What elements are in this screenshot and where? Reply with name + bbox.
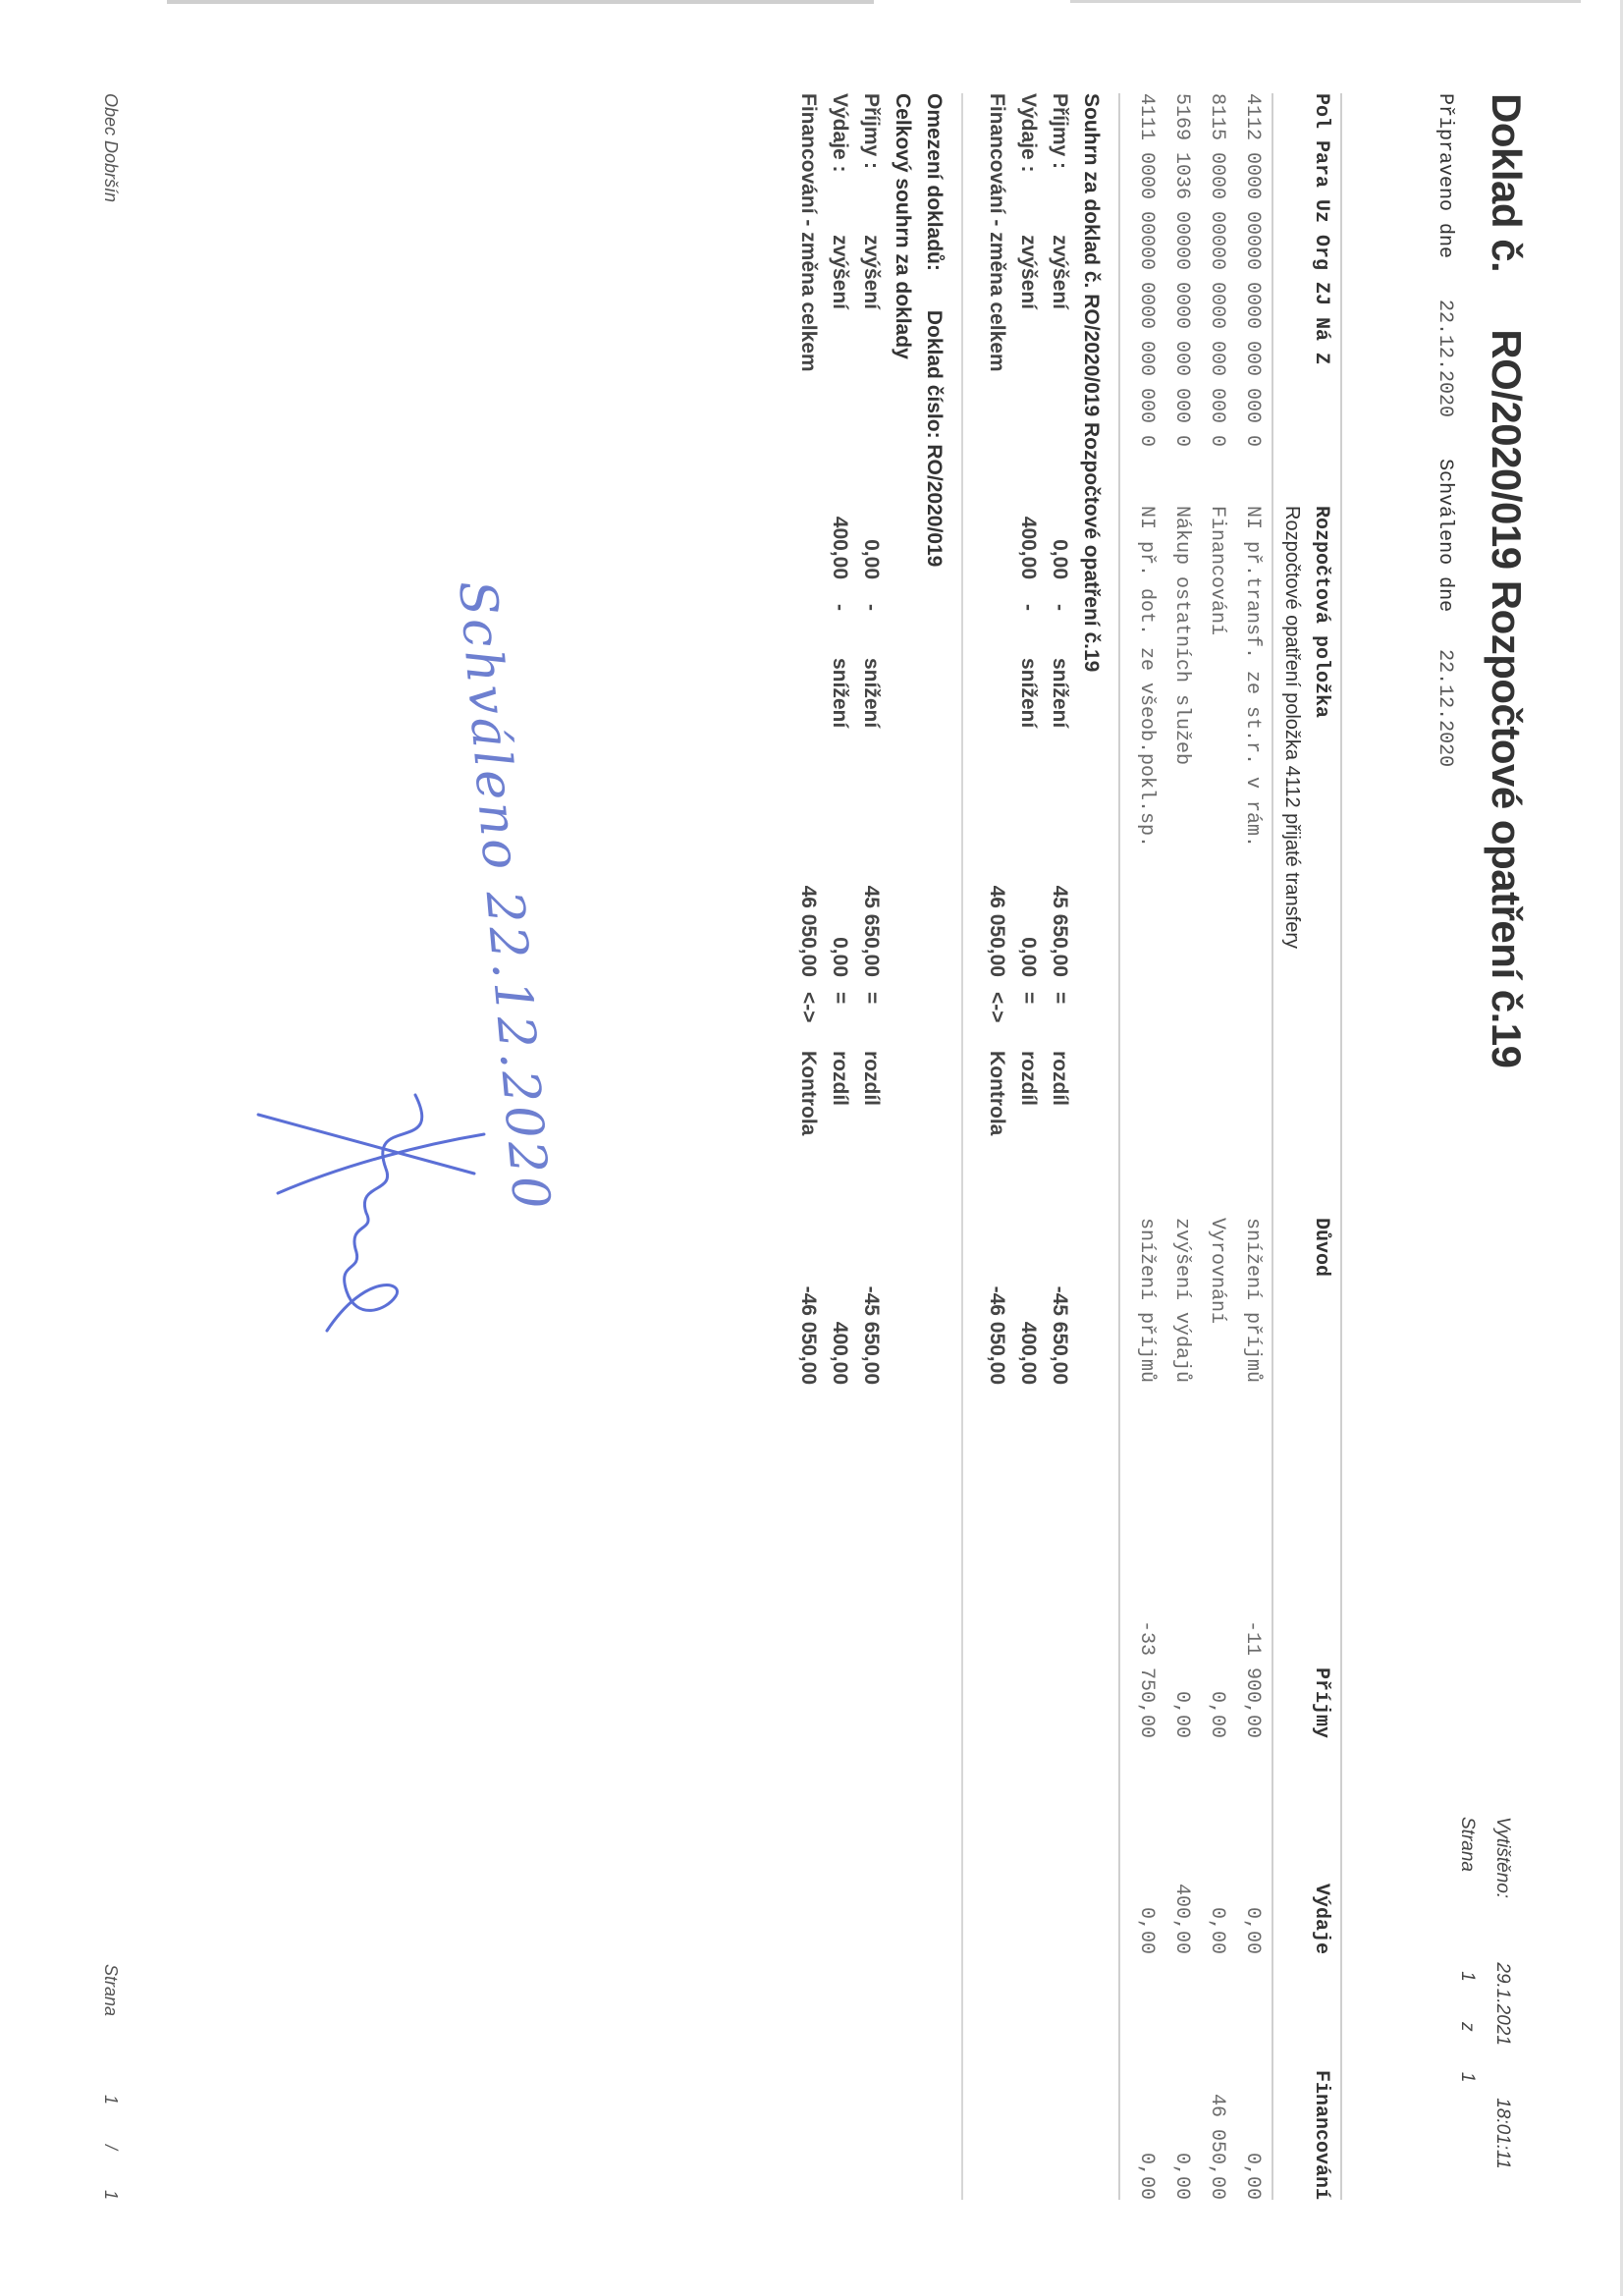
- page-label: Strana: [1457, 1817, 1478, 1872]
- summary-dec-label: snížení: [828, 658, 851, 728]
- summary-dec-label: snížení: [1048, 658, 1071, 728]
- printed-date: 29.1.2021: [1491, 1962, 1513, 2046]
- summary-inc-label: zvýšení: [1048, 191, 1071, 309]
- table-cell-item: NI př.transf. ze st.r. v rám.: [1241, 506, 1264, 847]
- approved-date: 22.12.2020: [1434, 649, 1456, 767]
- summary-label: Výdaje :: [1016, 93, 1040, 173]
- summary-label: Výdaje :: [828, 93, 851, 173]
- table-cell-reason: snížení příjmů: [1135, 1218, 1158, 1383]
- printed-label: Vytištěno:: [1491, 1817, 1513, 1898]
- header-item: Rozpočtová položka: [1310, 506, 1332, 718]
- document-title: Doklad č.RO/2020/019 Rozpočtové opatření…: [1483, 93, 1530, 1068]
- document-dates: Připraveno dne22.12.2020Schváleno dne22.…: [1434, 93, 1456, 767]
- filter-value: Doklad číslo: RO/2020/019: [923, 310, 946, 567]
- summary-label: Příjmy :: [1048, 93, 1071, 169]
- filter-line: Omezení dokladů:Doklad číslo: RO/2020/01…: [922, 93, 946, 567]
- table-cell-codes: 5169 1036 00000 0000 000 000 0: [1170, 93, 1193, 447]
- summary-op: <->: [796, 992, 820, 1041]
- summary-label: Financování - změna celkem: [796, 93, 820, 372]
- summary-inc-value: 400,00: [828, 432, 851, 579]
- summary-result-label: Kontrola: [796, 1051, 820, 1135]
- summary-result: -45 650,00: [859, 1237, 883, 1385]
- printed-info: Vytištěno: 29.1.2021 18:01:11: [1491, 1817, 1513, 2169]
- summary-inc-label: zvýšení: [1016, 191, 1040, 309]
- summary-op: =: [1016, 992, 1040, 1041]
- summary-dec-value: 46 050,00: [985, 815, 1008, 977]
- table-cell-financing: 0,00: [1241, 2033, 1264, 2200]
- summary-dec-label: snížení: [1016, 658, 1040, 728]
- summary-op: =: [828, 992, 851, 1041]
- table-cell-expense: 0,00: [1135, 1836, 1158, 1954]
- table-cell-codes: 8115 0000 00000 0000 000 000 0: [1206, 93, 1228, 447]
- footer-page-label: Strana: [101, 1964, 121, 2016]
- summary-dash: -: [1048, 604, 1071, 624]
- table-cell-reason: Vyrovnání: [1206, 1218, 1228, 1324]
- prepared-date: 22.12.2020: [1434, 300, 1456, 417]
- summary-doc-title: Souhrn za doklad č. RO/2020/019 Rozpočto…: [1079, 93, 1103, 672]
- summary-inc-label: zvýšení: [859, 191, 883, 309]
- table-cell-codes: 4111 0000 00000 0000 000 000 0: [1135, 93, 1158, 447]
- summary-label: Financování - změna celkem: [985, 93, 1008, 372]
- page-info: Strana 1 z 1: [1456, 1817, 1478, 2100]
- summary-op: =: [859, 992, 883, 1041]
- summary-inc-value: 0,00: [1048, 432, 1071, 579]
- table-cell-financing: 46 050,00: [1206, 2033, 1228, 2200]
- summary-result: 400,00: [828, 1237, 851, 1385]
- table-cell-expense: 0,00: [1206, 1836, 1228, 1954]
- summary-dash: -: [828, 604, 851, 624]
- table-cell-income: -33 750,00: [1135, 1571, 1158, 1738]
- summary-label: Příjmy :: [859, 93, 883, 169]
- table-cell-expense: 400,00: [1170, 1836, 1193, 1954]
- summary-dec-value: 0,00: [1016, 815, 1040, 977]
- table-cell-income: -11 900,00: [1241, 1571, 1264, 1738]
- document-page: Doklad č.RO/2020/019 Rozpočtové opatření…: [0, 0, 1623, 2296]
- summary-result: -46 050,00: [985, 1237, 1008, 1385]
- table-cell-income: 0,00: [1170, 1571, 1193, 1738]
- summary-inc-value: 0,00: [859, 432, 883, 579]
- summary-result-label: rozdíl: [1016, 1051, 1040, 1106]
- summary-dec-value: 45 650,00: [1048, 815, 1071, 977]
- table-bottom-rule: [1118, 93, 1120, 2200]
- table-cell-financing: 0,00: [1135, 2033, 1158, 2200]
- summary-inc-label: zvýšení: [828, 191, 851, 309]
- table-top-rule: [1340, 93, 1342, 2200]
- footer-page: Strana1 / 1: [100, 1964, 121, 2217]
- printed-time: 18:01:11: [1491, 2098, 1513, 2169]
- table-cell-codes: 4112 0000 00000 0000 000 000 0: [1241, 93, 1264, 447]
- table-header-rule: [1271, 93, 1273, 2200]
- table-cell-reason: snížení příjmů: [1241, 1218, 1264, 1383]
- summary-result: -45 650,00: [1048, 1237, 1071, 1385]
- title-prefix: Doklad č.: [1484, 93, 1530, 272]
- summary-result-label: Kontrola: [985, 1051, 1008, 1135]
- summary-result-label: rozdíl: [859, 1051, 883, 1106]
- table-cell-item: NI př. dot. ze všeob.pokl.sp.: [1135, 506, 1158, 847]
- summary-result-label: rozdíl: [1048, 1051, 1071, 1106]
- summary-dec-value: 46 050,00: [796, 815, 820, 977]
- signature-icon: [248, 1075, 504, 1370]
- approved-label: Schváleno dne: [1434, 459, 1456, 612]
- summary-divider: [961, 93, 963, 2200]
- table-cell-financing: 0,00: [1170, 2033, 1193, 2200]
- summary-op: <->: [985, 992, 1008, 1041]
- table-cell-item: Nákup ostatních služeb: [1170, 506, 1193, 765]
- header-income: Příjmy: [1310, 1611, 1332, 1738]
- prepared-label: Připraveno dne: [1434, 93, 1456, 258]
- title-number: RO/2020/019 Rozpočtové opatření č.19: [1484, 329, 1530, 1067]
- header-codes: Pol Para Uz Org ZJ Ná Z: [1310, 93, 1332, 364]
- summary-op: =: [1048, 992, 1071, 1041]
- summary-dec-value: 45 650,00: [859, 815, 883, 977]
- summary-dash: -: [859, 604, 883, 624]
- summary-dash: -: [1016, 604, 1040, 624]
- summary-result: 400,00: [1016, 1237, 1040, 1385]
- footer-page-value: 1 / 1: [101, 2095, 121, 2217]
- header-financing: Financování: [1310, 2033, 1332, 2200]
- filter-label: Omezení dokladů:: [923, 93, 946, 271]
- table-subheader: Rozpočtové opatření položka 4112 přijaté…: [1280, 506, 1303, 949]
- footer-organization: Obec Dobršín: [100, 93, 121, 202]
- header-reason: Důvod: [1310, 1218, 1332, 1277]
- page-value: 1 z 1: [1456, 1971, 1478, 2100]
- summary-dec-label: snížení: [859, 658, 883, 728]
- table-cell-reason: zvýšení výdajů: [1170, 1218, 1193, 1383]
- summary-result-label: rozdíl: [828, 1051, 851, 1106]
- summary-total-title: Celkový souhrn za doklady: [891, 93, 914, 359]
- header-expense: Výdaje: [1310, 1846, 1332, 1954]
- summary-result: -46 050,00: [796, 1237, 820, 1385]
- summary-dec-value: 0,00: [828, 815, 851, 977]
- summary-inc-value: 400,00: [1016, 432, 1040, 579]
- table-cell-item: Financování: [1206, 506, 1228, 635]
- table-cell-income: 0,00: [1206, 1571, 1228, 1738]
- table-cell-expense: 0,00: [1241, 1836, 1264, 1954]
